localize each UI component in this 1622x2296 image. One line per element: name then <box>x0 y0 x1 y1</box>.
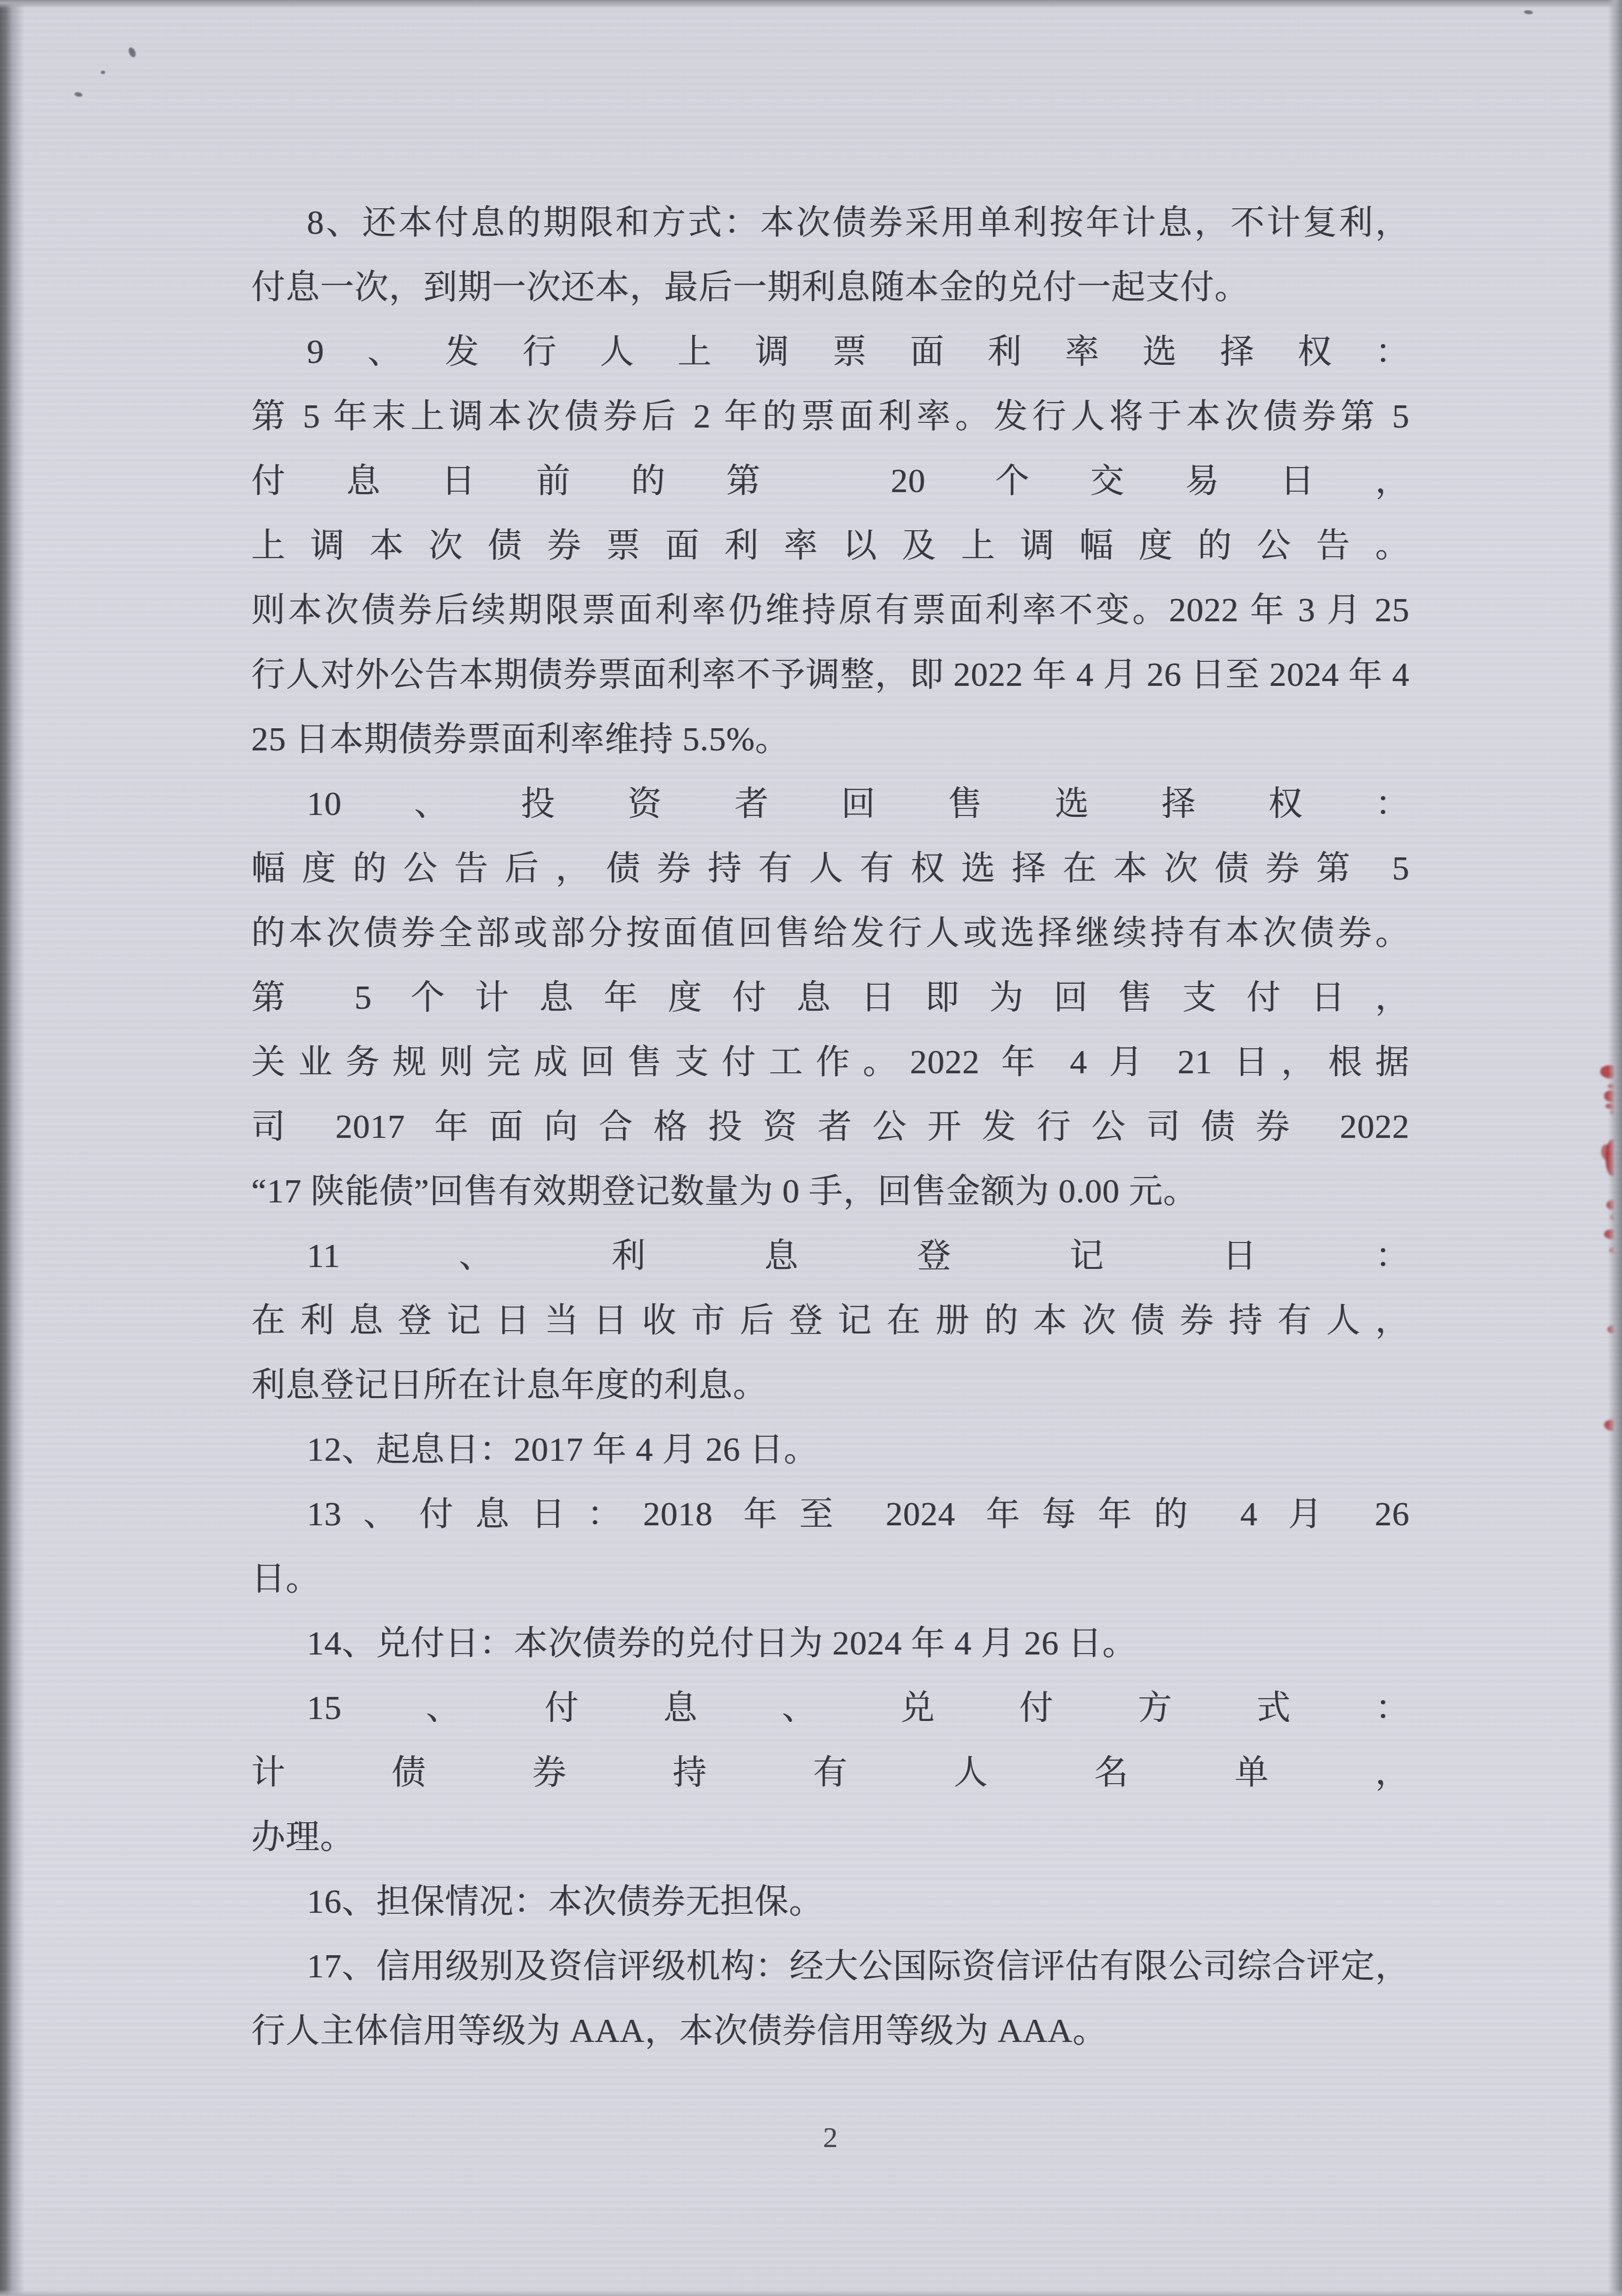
scan-edge-shadow-top <box>0 0 1622 8</box>
seal-fragment <box>1609 1247 1622 1253</box>
text-line: 上调本次债券票面利率以及上调幅度的公告。若发行人未行使票面利率选择权， <box>251 513 1409 578</box>
text-line: 9、发行人上调票面利率选择权：发行人有权决定是否在本次债券存续期的 <box>251 320 1409 384</box>
text-line: 行人主体信用等级为 AAA，本次债券信用等级为 AAA。 <box>251 1999 1409 2063</box>
text-line: 利息登记日所在计息年度的利息。 <box>251 1353 1409 1417</box>
seal-fragment <box>1610 1214 1622 1220</box>
seal-fragment <box>1600 1065 1622 1078</box>
text-line: 行人对外公告本期债券票面利率不予调整，即 2022 年 4 月 26 日至 20… <box>251 642 1409 707</box>
text-line: 的本次债券全部或部分按面值回售给发行人或选择继续持有本次债券。本次债券 <box>251 901 1409 965</box>
seal-fragment <box>1608 1084 1622 1089</box>
scan-speck <box>127 46 137 58</box>
text-line: 14、兑付日：本次债券的兑付日为 2024 年 4 月 26 日。 <box>251 1611 1409 1676</box>
text-line: 第 5 个计息年度付息日即为回售支付日，发行人将按照上交所和证券登记机构相 <box>251 965 1409 1030</box>
text-line: 11、利息登记日：本次债券利息登记日按照债券登记机构的相关规定办理。 <box>251 1224 1409 1288</box>
seal-fragment <box>1606 1200 1622 1210</box>
page-number: 2 <box>251 2121 1409 2155</box>
seal-fragment <box>1606 1103 1622 1109</box>
text-line: 17、信用级别及资信评级机构：经大公国际资信评估有限公司综合评定，发 <box>251 1934 1409 1999</box>
scan-edge-shadow-bottom <box>0 2289 1622 2296</box>
text-line: 16、担保情况：本次债券无担保。 <box>251 1869 1409 1934</box>
text-line: 关业务规则完成回售支付工作。2022 年 4 月 21 日，根据《陕西能源集团有… <box>251 1030 1409 1095</box>
text-line: 25 日本期债券票面利率维持 5.5%。 <box>251 707 1409 772</box>
document-body: 8、还本付息的期限和方式：本次债券采用单利按年计息，不计复利，每年付息一次，到期… <box>251 190 1409 2063</box>
seal-fragment <box>1604 1229 1622 1239</box>
text-line: 幅度的公告后，债券持有人有权选择在本次债券第 5 个计息年度付息日将其持有 <box>251 836 1409 901</box>
scanned-document-page: 8、还本付息的期限和方式：本次债券采用单利按年计息，不计复利，每年付息一次，到期… <box>0 0 1622 2296</box>
text-line: 13、付息日：2018 年至 2024 年每年的 4 月 26 日为上一个计息年… <box>251 1482 1409 1547</box>
text-line: 8、还本付息的期限和方式：本次债券采用单利按年计息，不计复利，每年 <box>251 190 1409 255</box>
seal-fragment <box>1601 1144 1612 1160</box>
text-line: 则本次债券后续期限票面利率仍维持原有票面利率不变。2022 年 3 月 25 日… <box>251 578 1409 642</box>
text-line: 计债券持有人名单，本息支付方式及其他具体安排按照证券登记机构的相关规定 <box>251 1740 1409 1805</box>
scan-edge-shadow-right <box>1608 0 1622 2296</box>
seal-fragment <box>1604 1090 1622 1102</box>
seal-fragment <box>1607 1325 1622 1333</box>
text-line: 付息日前的第 20 个交易日，在中国证监会指定的信息披露媒体上发布关于是否 <box>251 449 1409 513</box>
scan-speck <box>1524 10 1533 15</box>
scan-speck <box>74 92 82 98</box>
scan-speck <box>101 71 105 74</box>
text-line: 15、付息、兑付方式：本次债券本息支付将按照证券登记机构的有关规定统 <box>251 1676 1409 1740</box>
text-line: 司 2017 年面向合格投资者公开发行公司债券 2022 年债券回售实施结果公告… <box>251 1095 1409 1159</box>
text-line: 办理。 <box>251 1805 1409 1869</box>
text-line: “17 陕能债”回售有效期登记数量为 0 手，回售金额为 0.00 元。 <box>251 1159 1409 1224</box>
text-line: 第 5 年末上调本次债券后 2 年的票面利率。发行人将于本次债券第 5 个计息年… <box>251 384 1409 449</box>
seal-fragment <box>1604 1420 1622 1431</box>
text-line: 12、起息日：2017 年 4 月 26 日。 <box>251 1417 1409 1482</box>
text-line: 在利息登记日当日收市后登记在册的本次债券持有人，均有权就本次债券获得该 <box>251 1288 1409 1353</box>
text-line: 日。 <box>251 1547 1409 1611</box>
text-line: 付息一次，到期一次还本，最后一期利息随本金的兑付一起支付。 <box>251 255 1409 320</box>
seal-fragment <box>1610 1110 1622 1115</box>
seal-fragment <box>1606 1140 1622 1177</box>
scan-edge-shadow-left <box>0 0 25 2296</box>
text-line: 10、投资者回售选择权：发行人发出关于是否上调本次债券票面利率及上调 <box>251 772 1409 836</box>
